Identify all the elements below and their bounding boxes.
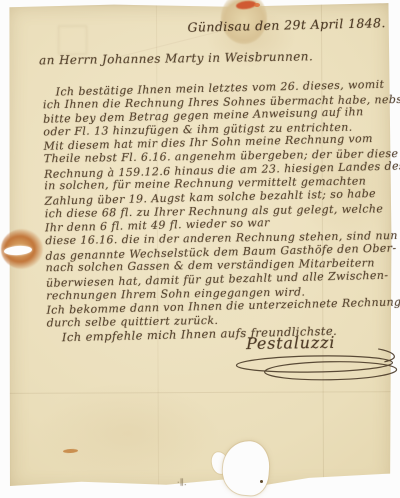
scanned-letter-stage: Gündisau den 29t April 1848. an Herrn Jo…	[0, 0, 400, 498]
ink-speck	[260, 480, 263, 483]
dateline: Gündisau den 29t April 1848.	[187, 15, 386, 35]
handwriting-layer: Gündisau den 29t April 1848. an Herrn Jo…	[0, 0, 400, 498]
salutation: an Herrn Johannes Marty in Weisbrunnen.	[39, 49, 313, 67]
pencil-notation: ·∥.	[177, 478, 187, 487]
signature-flourish-icon	[228, 347, 400, 388]
